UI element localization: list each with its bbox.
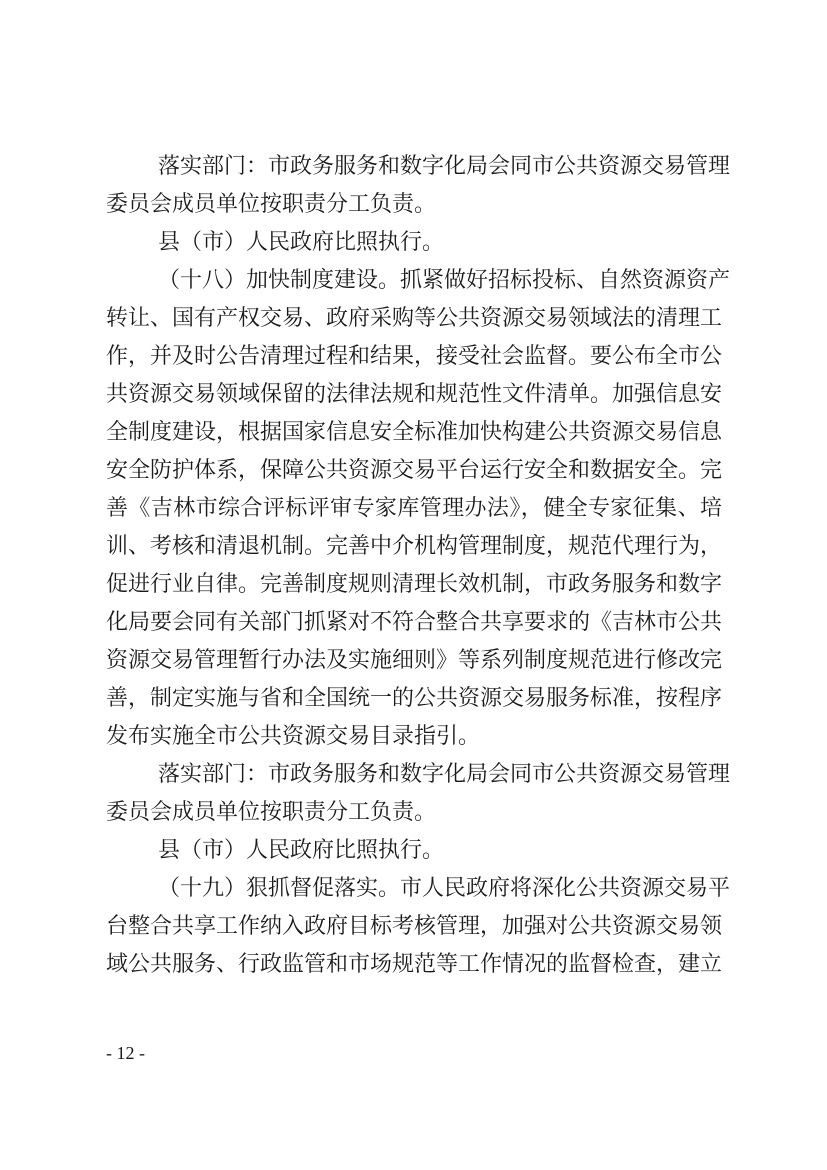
- paragraph-line: 共资源交易领域保留的法律法规和规范性文件清单。加强信息安: [106, 376, 722, 414]
- paragraph-line: 促进行业自律。完善制度规则清理长效机制，市政务服务和数字: [106, 566, 722, 604]
- section-heading-line: （十九）狠抓督促落实。市人民政府将深化公共资源交易平: [106, 870, 722, 908]
- paragraph-line: 全制度建设，根据国家信息安全标准加快构建公共资源交易信息: [106, 414, 722, 452]
- paragraph-line: 作，并及时公告清理过程和结果，接受社会监督。要公布全市公: [106, 338, 722, 376]
- paragraph-line: 安全防护体系，保障公共资源交易平台运行安全和数据安全。完: [106, 452, 722, 490]
- paragraph-line: 委员会成员单位按职责分工负责。: [106, 794, 722, 832]
- paragraph-line: 县（市）人民政府比照执行。: [106, 224, 722, 262]
- paragraph-line: 转让、国有产权交易、政府采购等公共资源交易领域法的清理工: [106, 300, 722, 338]
- paragraph-line: 发布实施全市公共资源交易目录指引。: [106, 718, 722, 756]
- paragraph-line: 落实部门：市政务服务和数字化局会同市公共资源交易管理: [106, 756, 722, 794]
- paragraph-line: 县（市）人民政府比照执行。: [106, 832, 722, 870]
- paragraph-line: 台整合共享工作纳入政府目标考核管理，加强对公共资源交易领: [106, 908, 722, 946]
- document-body: 落实部门：市政务服务和数字化局会同市公共资源交易管理 委员会成员单位按职责分工负…: [106, 148, 722, 984]
- paragraph-line: 善《吉林市综合评标评审专家库管理办法》，健全专家征集、培: [106, 490, 722, 528]
- paragraph-line: 落实部门：市政务服务和数字化局会同市公共资源交易管理: [106, 148, 722, 186]
- paragraph-line: 善，制定实施与省和全国统一的公共资源交易服务标准，按程序: [106, 680, 722, 718]
- paragraph-line: 资源交易管理暂行办法及实施细则》等系列制度规范进行修改完: [106, 642, 722, 680]
- document-page: 落实部门：市政务服务和数字化局会同市公共资源交易管理 委员会成员单位按职责分工负…: [0, 0, 827, 1170]
- paragraph-line: 化局要会同有关部门抓紧对不符合整合共享要求的《吉林市公共: [106, 604, 722, 642]
- section-heading-line: （十八）加快制度建设。抓紧做好招标投标、自然资源资产: [106, 262, 722, 300]
- paragraph-line: 域公共服务、行政监管和市场规范等工作情况的监督检查，建立: [106, 946, 722, 984]
- paragraph-line: 委员会成员单位按职责分工负责。: [106, 186, 722, 224]
- paragraph-line: 训、考核和清退机制。完善中介机构管理制度，规范代理行为，: [106, 528, 722, 566]
- page-number: - 12 -: [106, 1038, 145, 1068]
